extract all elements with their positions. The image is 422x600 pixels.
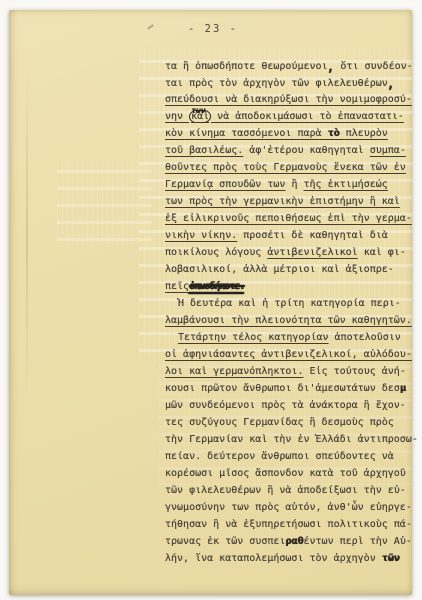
text-line: Ἡ δευτέρα καὶ ἡ τρίτη κατηγορία περι- — [165, 295, 417, 312]
text-line: τοῦ βασιλέως. ἀφ'ἑτέρου καθηγηταὶ συμπα- — [165, 142, 417, 159]
text-run: τοῦ βασιλέως. — [165, 145, 243, 156]
text-line: ται πρὸς τὸν ἀρχηγὸν τῶν φιλελευθέρων, — [165, 74, 417, 91]
text-line: μῶν συνδεόμενοι πρὸς τὰ ἀνάκτορα ἢ ἔχον- — [165, 397, 417, 414]
text-run: ὅτι συνδέον- — [334, 61, 412, 72]
text-run: Ἡ δευτέρα καὶ ἡ τρίτη κατηγορία περι- — [178, 298, 401, 309]
text-line: τὴν Γερμανίαν καὶ τὴν ἐν Ἑλλάδι ἀντιπροσ… — [165, 431, 417, 448]
paper-crease — [26, 70, 28, 400]
text-run: Τετάρτην τέλος κατηγορίαν — [178, 332, 329, 343]
text-line: τες συζύγους Γερμανίδας ἢ δεσμοὺς πρὸς — [165, 414, 417, 431]
text-line: λοι καὶ γερμανόπληκτοι. Εἰς τούτους ἀνή- — [165, 363, 417, 380]
text-line: τῶν φιλελευθέρων ἢ νὰ ἀποδείξωσι τὴν εὐ- — [165, 482, 417, 499]
text-run: ἀποτελοῦσιν — [329, 332, 401, 343]
text-run: λοι καὶ γερμανόπληκτοι. — [165, 366, 303, 377]
text-run: πλευρὸν — [340, 128, 388, 139]
text-run: τρωνας ἐκ τῶν συσπει — [165, 536, 285, 547]
handwritten-mark: , — [387, 77, 395, 92]
text-run: μῶν συνδεόμενοι πρὸς τὰ ἀνάκτορα ἢ ἔχον- — [165, 400, 406, 411]
text-line: κορέσωσι μῖσος ἄσπονδον κατὰ τοῦ ἀρχηγοῦ — [165, 465, 417, 482]
text-run: ἀφ'ἑτέρου καθηγηταὶ — [243, 145, 369, 156]
text-line: λήν, ἵνα καταπολεμήσωσι τὸν ἀρχηγὸν τῶν — [165, 550, 417, 567]
scan-background: - 23 - τα ἢ ὁπωσδήποτε θεωρούμενοι, ὅτι … — [0, 0, 422, 600]
text-run: ὁπωσδήποτε. — [188, 278, 245, 295]
text-run: οἱ ἀφηνιάσαντες ἀντιβενιζελικοί, αὐλόδου… — [165, 349, 412, 360]
text-run: θοῦντες πρὸς τοὺς Γερμανοὺς ἕνεκα τῶν ἐν — [165, 162, 406, 173]
text-run: νὰ ἀποδοκιμάσωσι τὸ ἐπαναστατι- — [211, 111, 404, 122]
handwritten-mark: , — [327, 60, 335, 75]
text-run: τες συζύγους Γερμανίδας ἢ δεσμοὺς πρὸς — [165, 417, 394, 428]
text-run: Εἰς τούτους ἀνή- — [303, 366, 405, 377]
text-run: λοβασιλικοί, ἀλλὰ μέτριοι καὶ ἀξιοπρε- — [165, 264, 394, 275]
text-run: πεῖς — [165, 281, 189, 292]
text-line: νικὴν νίκην. προσέτι δὲ καθηγηταὶ διὰ — [165, 227, 417, 244]
text-run: γνωμοσύνην των πρὸς αὐτόν, ἀνθ'ὧν εὐηργε… — [165, 502, 412, 513]
text-run: Γερμανίᾳ σπουδῶν των — [165, 179, 285, 190]
text-line: οἱ ἀφηνιάσαντες ἀντιβενιζελικοί, αὐλόδου… — [165, 346, 417, 363]
text-run: προσέτι δὲ καθηγηταὶ διὰ — [237, 230, 388, 241]
text-run: κορέσωσι μῖσος ἄσπονδον κατὰ τοῦ ἀρχηγοῦ — [165, 468, 406, 479]
text-run: ἀντιβενιζελικοὶ — [267, 247, 357, 258]
text-run: των πρὸς τὴν γερμανικὴν ἐπιστήμην ἢ καὶ — [165, 196, 400, 207]
text-run: τῶν — [382, 553, 400, 564]
text-line: τήθησαν ἢ νὰ ἐξυπηρετήσωσι πολιτικοὺς πά… — [165, 516, 417, 533]
text-line: τρωνας ἐκ τῶν συσπειραθέντων περὶ τὴν Αὐ… — [165, 533, 417, 550]
text-line: Γερμανίᾳ σπουδῶν των ἢ τῆς ἐκτιμήσεώς — [165, 176, 417, 193]
text-run: πείαν. δεύτερον ἄνθρωποι σπεύδοντες νὰ — [165, 451, 394, 462]
text-run: καὶ φι- — [358, 247, 406, 258]
text-run: κουσι πρῶτον ἄνθρωποι δι'ἀμεσωτάτων δεσ — [165, 383, 400, 394]
text-line: κὸν κίνημα τασσόμενοι παρὰ τὸ πλευρὸν — [165, 125, 417, 142]
text-line: κουσι πρῶτον ἄνθρωποι δι'ἀμεσωτάτων δεσμ — [165, 380, 417, 397]
stray-mark — [147, 24, 154, 30]
text-line: τα ἢ ὁπωσδήποτε θεωρούμενοι, ὅτι συνδέον… — [165, 57, 417, 74]
text-run: νην — [165, 111, 189, 122]
text-run: κὸν κίνημα τασσόμενοι παρὰ — [165, 128, 328, 139]
handwritten-annotation: των — [191, 102, 205, 119]
text-run: ἢ — [285, 179, 303, 190]
text-run: τήθησαν ἢ νὰ ἐξυπηρετήσωσι πολιτικοὺς πά… — [165, 519, 412, 530]
text-run: τῆς ἐκτιμήσεώς — [303, 179, 387, 190]
text-block: τα ἢ ὁπωσδήποτε θεωρούμενοι, ὅτι συνδέον… — [165, 57, 417, 567]
text-line: λοβασιλικοί, ἀλλὰ μέτριοι καὶ ἀξιοπρε- — [165, 261, 417, 278]
text-run: λαμβάνουσι τὴν πλειονότητα τῶν καθηγητῶν… — [165, 315, 412, 326]
text-run: ραθ — [285, 536, 303, 547]
text-run: έντων περὶ τὴν Αὐ- — [303, 536, 411, 547]
document-page: - 23 - τα ἢ ὁπωσδήποτε θεωρούμενοι, ὅτι … — [9, 10, 412, 595]
text-line: νην καὶτων νὰ ἀποδοκιμάσωσι τὸ ἐπαναστατ… — [165, 108, 417, 125]
text-line: ἐξ εἰλικρινοῦς πεποιθήσεως ἐπὶ τὴν γερμα… — [165, 210, 417, 227]
text-run: τὸ — [328, 128, 340, 139]
text-run: ποικίλους λόγους — [165, 247, 267, 258]
text-line: λαμβάνουσι τὴν πλειονότητα τῶν καθηγητῶν… — [165, 312, 417, 329]
text-run: τῶν φιλελευθέρων ἢ νὰ ἀποδείξωσι τὴν εὐ- — [165, 485, 406, 496]
page-number: - 23 - — [188, 23, 238, 35]
text-run: τὴν Γερμανίαν καὶ τὴν ἐν Ἑλλάδι ἀντιπροσ… — [165, 434, 418, 445]
text-line: Τετάρτην τέλος κατηγορίαν ἀποτελοῦσιν — [165, 329, 417, 346]
text-line: ποικίλους λόγους ἀντιβενιζελικοὶ καὶ φι- — [165, 244, 417, 261]
text-run: λήν, ἵνα καταπολεμήσωσι τὸν ἀρχηγὸν — [165, 553, 382, 564]
text-run: συμπα- — [370, 145, 406, 156]
text-line: πείαν. δεύτερον ἄνθρωποι σπεύδοντες νὰ — [165, 448, 417, 465]
text-run: μ — [400, 383, 406, 394]
paper-texture — [57, 160, 152, 245]
text-run: ται πρὸς τὸν ἀρχηγὸν τῶν φιλελευθέρων — [165, 78, 388, 89]
text-run: τα ἢ ὁπωσδήποτε θεωρούμενοι — [165, 61, 328, 72]
text-run: νικὴν νίκην. — [165, 230, 237, 241]
text-line: θοῦντες πρὸς τοὺς Γερμανοὺς ἕνεκα τῶν ἐν — [165, 159, 417, 176]
corrected-word: καὶτων — [189, 110, 211, 123]
text-line: πεῖςὁπωσδήποτε. — [165, 278, 417, 295]
text-run: ἐξ εἰλικρινοῦς πεποιθήσεως ἐπὶ τὴν γερμα… — [165, 213, 412, 224]
text-line: γνωμοσύνην των πρὸς αὐτόν, ἀνθ'ὧν εὐηργε… — [165, 499, 417, 516]
text-line: των πρὸς τὴν γερμανικὴν ἐπιστήμην ἢ καὶ — [165, 193, 417, 210]
